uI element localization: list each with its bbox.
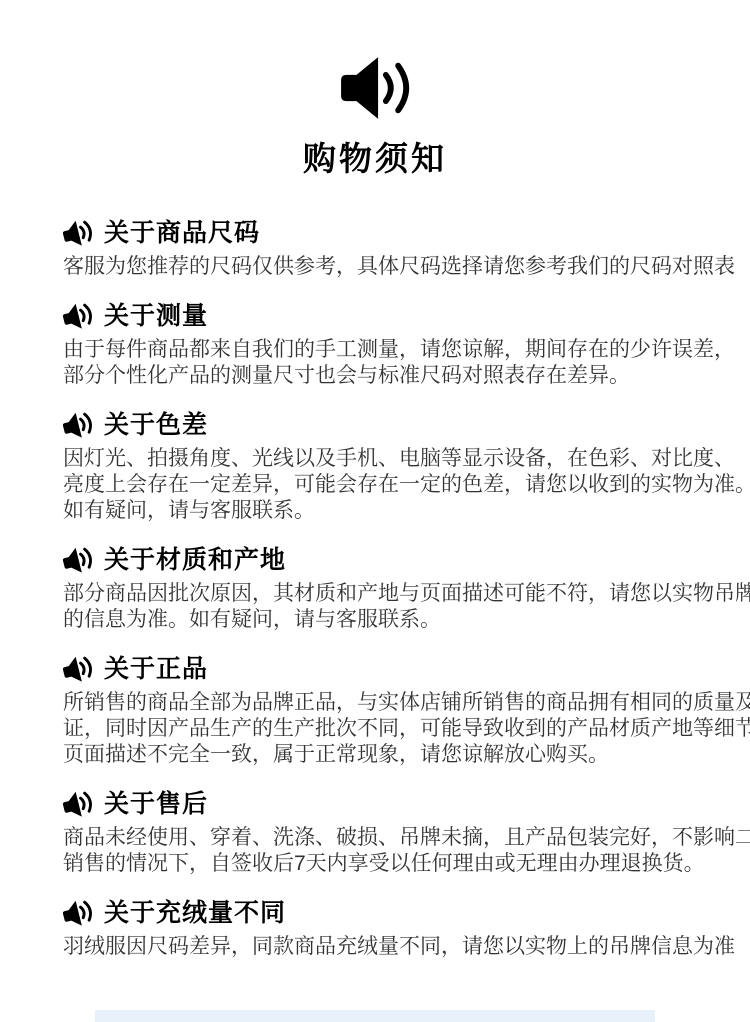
speaker-icon — [59, 408, 96, 442]
section-body-line: 销售的情况下，自签收后7天内享受以任何理由或无理由办理退换货。 — [63, 851, 694, 877]
section-body-line: 如有疑问，请与客服联系。 — [63, 498, 694, 524]
section-heading-label: 关于售后 — [104, 789, 208, 819]
section-body-line: 亮度上会存在一定差异，可能会存在一定的色差，请您以收到的实物为准。 — [63, 472, 694, 498]
footer-accent-bar — [95, 1010, 655, 1022]
section-body-line: 因灯光、拍摄角度、光线以及手机、电脑等显示设备，在色彩、对比度、 — [63, 446, 694, 472]
section-body-line: 商品未经使用、穿着、洗涤、破损、吊牌未摘，且产品包装完好，不影响二次 — [63, 825, 694, 851]
section-body-line: 证，同时因产品生产的生产批次不同，可能导致收到的产品材质产地等细节和 — [63, 716, 694, 742]
speaker-icon — [59, 299, 96, 333]
section-body-line: 部分个性化产品的测量尺寸也会与标准尺码对照表存在差异。 — [63, 363, 694, 389]
section-heading: 关于充绒量不同 — [62, 898, 694, 928]
speaker-icon — [338, 54, 412, 122]
section-heading: 关于正品 — [62, 654, 694, 684]
speaker-icon — [59, 216, 96, 250]
notice-section: 关于测量 由于每件商品都来自我们的手工测量，请您谅解，期间存在的少许误差，部分个… — [62, 301, 694, 389]
notice-section: 关于充绒量不同 羽绒服因尺码差异，同款商品充绒量不同，请您以实物上的吊牌信息为准 — [62, 898, 694, 960]
section-heading-label: 关于材质和产地 — [104, 545, 286, 575]
shopping-notice-page: 购物须知 关于商品尺码 客服为您推荐的尺码仅供参考，具体尺码选择请您参考我们的尺… — [0, 0, 750, 1022]
speaker-icon — [59, 543, 96, 577]
section-body: 由于每件商品都来自我们的手工测量，请您谅解，期间存在的少许误差，部分个性化产品的… — [63, 337, 694, 389]
notice-section: 关于材质和产地 部分商品因批次原因，其材质和产地与页面描述可能不符，请您以实物吊… — [62, 545, 694, 633]
section-heading-label: 关于测量 — [104, 301, 208, 331]
section-body: 羽绒服因尺码差异，同款商品充绒量不同，请您以实物上的吊牌信息为准 — [63, 934, 694, 960]
page-title: 购物须知 — [0, 133, 750, 180]
section-heading-label: 关于充绒量不同 — [104, 898, 286, 928]
section-heading: 关于色差 — [62, 410, 694, 440]
notice-sections: 关于商品尺码 客服为您推荐的尺码仅供参考，具体尺码选择请您参考我们的尺码对照表 … — [62, 218, 694, 960]
notice-header: 购物须知 — [0, 0, 750, 180]
section-body: 商品未经使用、穿着、洗涤、破损、吊牌未摘，且产品包装完好，不影响二次销售的情况下… — [63, 825, 694, 877]
section-body-line: 客服为您推荐的尺码仅供参考，具体尺码选择请您参考我们的尺码对照表 — [63, 254, 694, 280]
section-heading-label: 关于色差 — [104, 410, 208, 440]
notice-section: 关于色差 因灯光、拍摄角度、光线以及手机、电脑等显示设备，在色彩、对比度、亮度上… — [62, 410, 694, 524]
section-heading-label: 关于正品 — [104, 654, 208, 684]
section-heading: 关于材质和产地 — [62, 545, 694, 575]
notice-section: 关于售后 商品未经使用、穿着、洗涤、破损、吊牌未摘，且产品包装完好，不影响二次销… — [62, 789, 694, 877]
section-body: 所销售的商品全部为品牌正品，与实体店铺所销售的商品拥有相同的质量及保证，同时因产… — [63, 690, 694, 768]
section-body-line: 由于每件商品都来自我们的手工测量，请您谅解，期间存在的少许误差， — [63, 337, 694, 363]
section-heading: 关于商品尺码 — [62, 218, 694, 248]
section-body-line: 所销售的商品全部为品牌正品，与实体店铺所销售的商品拥有相同的质量及保 — [63, 690, 694, 716]
section-body-line: 页面描述不完全一致，属于正常现象，请您谅解放心购买。 — [63, 742, 694, 768]
speaker-icon — [59, 787, 96, 821]
section-body-line: 的信息为准。如有疑问，请与客服联系。 — [63, 607, 694, 633]
section-body: 客服为您推荐的尺码仅供参考，具体尺码选择请您参考我们的尺码对照表 — [63, 254, 694, 280]
section-body: 部分商品因批次原因，其材质和产地与页面描述可能不符，请您以实物吊牌上的信息为准。… — [63, 581, 694, 633]
speaker-icon — [59, 652, 96, 686]
section-heading: 关于售后 — [62, 789, 694, 819]
section-heading-label: 关于商品尺码 — [104, 218, 260, 248]
notice-section: 关于商品尺码 客服为您推荐的尺码仅供参考，具体尺码选择请您参考我们的尺码对照表 — [62, 218, 694, 280]
speaker-icon — [59, 896, 96, 930]
section-heading: 关于测量 — [62, 301, 694, 331]
section-body-line: 部分商品因批次原因，其材质和产地与页面描述可能不符，请您以实物吊牌上 — [63, 581, 694, 607]
notice-section: 关于正品 所销售的商品全部为品牌正品，与实体店铺所销售的商品拥有相同的质量及保证… — [62, 654, 694, 768]
section-body: 因灯光、拍摄角度、光线以及手机、电脑等显示设备，在色彩、对比度、亮度上会存在一定… — [63, 446, 694, 524]
section-body-line: 羽绒服因尺码差异，同款商品充绒量不同，请您以实物上的吊牌信息为准 — [63, 934, 694, 960]
